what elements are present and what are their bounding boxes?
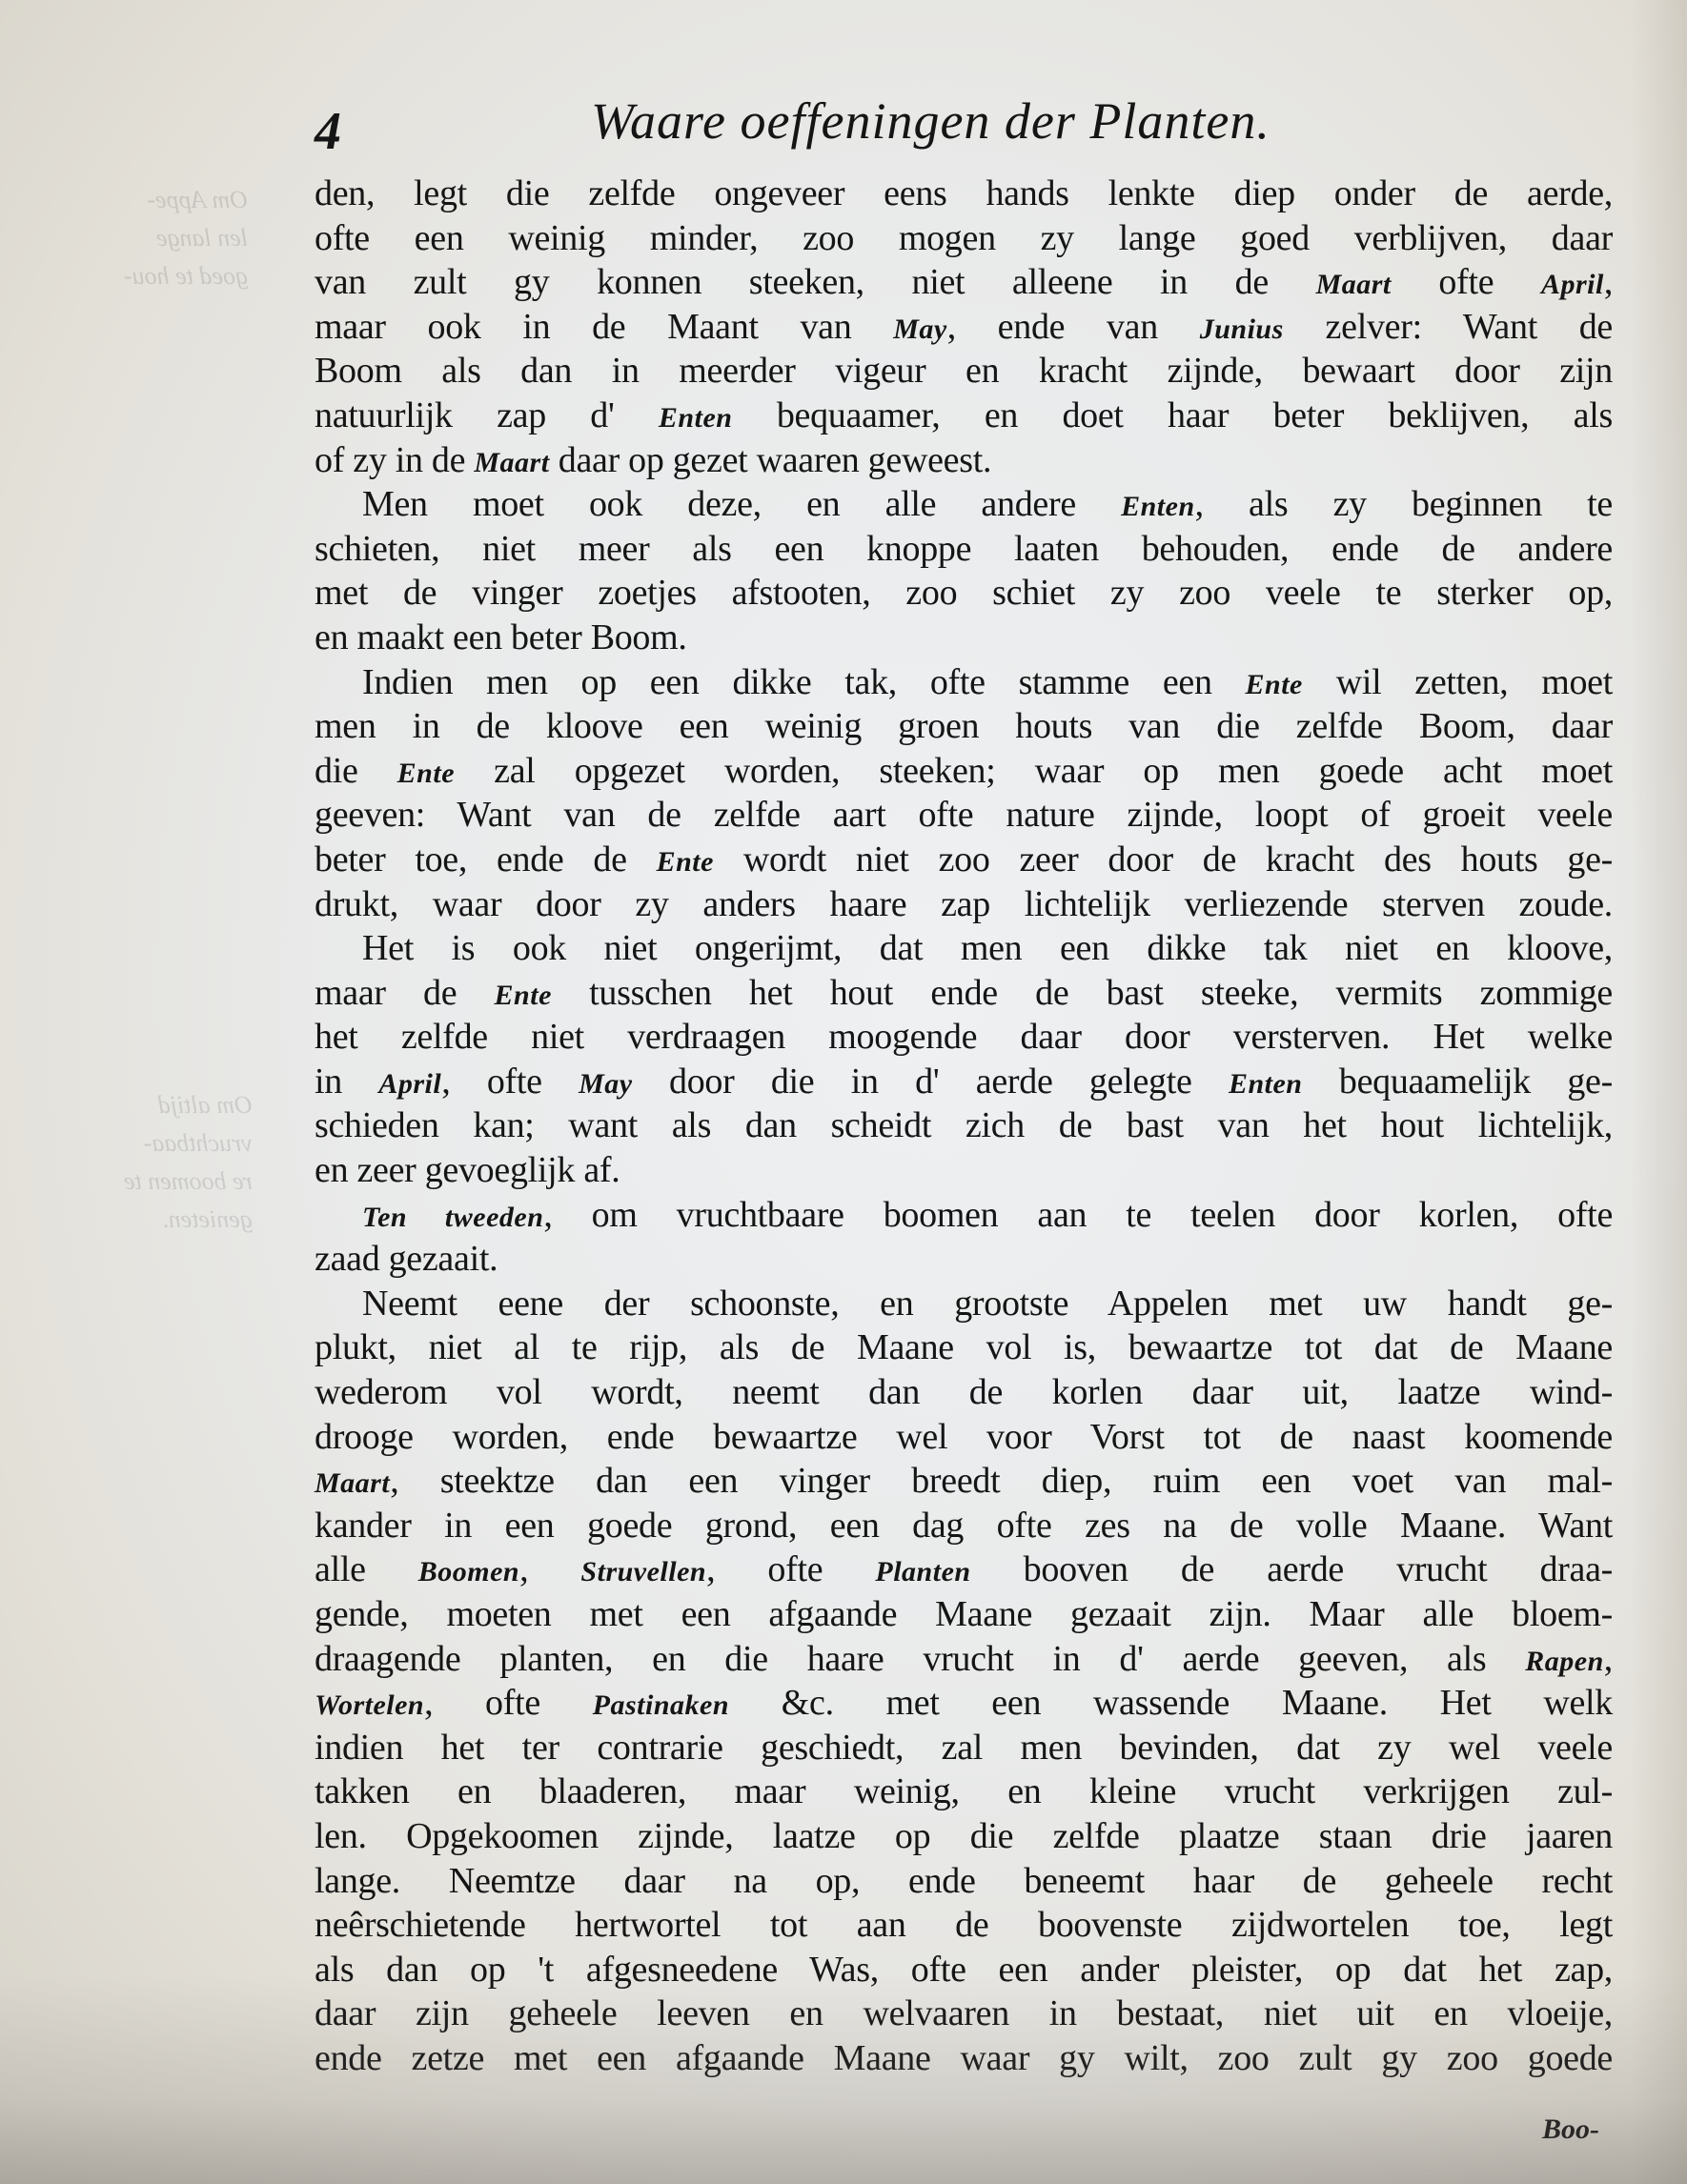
text-line: Maart, steektze dan een vinger breedt di… [315,1459,1613,1504]
italic-term: Maart [474,447,549,478]
text-line: gende, moeten met een afgaande Maane gez… [315,1592,1613,1637]
text-line: men in de kloove een weinig groen houts … [315,704,1613,749]
text-line: en zeer gevoeglijk af. [315,1148,1613,1193]
text-line: schieden kan; want als dan scheidt zich … [315,1103,1613,1148]
italic-term: Rapen [1525,1646,1604,1677]
italic-term: Enten [659,402,733,434]
italic-term: Ten tweeden [362,1202,543,1233]
text-line: schieten, niet meer als een knoppe laate… [315,527,1613,572]
italic-term: May [579,1068,633,1100]
italic-term: Maart [1316,269,1392,300]
italic-term: Enten [1121,491,1195,522]
text-line: takken en blaaderen, maar weinig, en kle… [315,1769,1613,1814]
text-line: indien het ter contrarie geschiedt, zal … [315,1726,1613,1770]
bleed-line: Om altijd [124,1086,253,1124]
text-line: alle Boomen, Struvellen, ofte Planten bo… [315,1547,1613,1592]
bleed-line: goed te hou- [124,257,248,295]
text-line: plukt, niet al te rijp, als de Maane vol… [315,1325,1613,1370]
italic-term: Ente [657,846,714,878]
margin-note-bleed-through-1: Om Appe- len lange goed te hou- [124,181,248,295]
text-line: in April, ofte May door die in d' aerde … [315,1060,1613,1104]
bleed-line: Om Appe- [124,181,248,219]
text-line: den, legt die zelfde ongeveer eens hands… [315,172,1613,216]
text-line: Het is ook niet ongerijmt, dat men een d… [315,926,1613,971]
text-line: of zy in de Maart daar op gezet waaren g… [315,438,1613,483]
text-line: len. Opgekoomen zijnde, laatze op die ze… [315,1814,1613,1859]
italic-term: Junius [1200,313,1284,345]
text-line: het zelfde niet verdraagen moogende daar… [315,1015,1613,1060]
text-line: neêrschietende hertwortel tot aan de boo… [315,1903,1613,1948]
text-line: maar ook in de Maant van May, ende van J… [315,305,1613,350]
margin-note-bleed-through-2: Om altijd vruchtbaa- re boomen te geniet… [124,1086,253,1239]
text-line: die Ente zal opgezet worden, steeken; wa… [315,749,1613,794]
text-line: van zult gy konnen steeken, niet alleene… [315,260,1613,305]
italic-term: Maart [315,1467,390,1499]
running-head: Waare oeffeningen der Planten. [591,95,1325,147]
text-line: Wortelen, ofte Pastinaken &c. met een wa… [315,1681,1613,1726]
text-line: Indien men op een dikke tak, ofte stamme… [315,660,1613,705]
text-line: zaad gezaait. [315,1237,1613,1282]
italic-term: Pastinaken [593,1689,729,1721]
text-line: beter toe, ende de Ente wordt niet zoo z… [315,838,1613,882]
catchword: Boo- [1542,2113,1599,2146]
italic-term: Ente [1246,669,1303,700]
text-line: natuurlijk zap d' Enten bequaamer, en do… [315,394,1613,438]
text-line: geeven: Want van de zelfde aart ofte nat… [315,793,1613,838]
body-text: den, legt die zelfde ongeveer eens hands… [315,172,1613,2081]
text-line: Neemt eene der schoonste, en grootste Ap… [315,1282,1613,1326]
text-line: met de vinger zoetjes afstooten, zoo sch… [315,571,1613,616]
bleed-line: vruchtbaa- [124,1124,253,1163]
text-line: wederom vol wordt, neemt dan de korlen d… [315,1370,1613,1415]
italic-term: Planten [875,1556,970,1587]
italic-term: Ente [495,980,552,1011]
page-edge-shadow [1630,0,1687,2184]
text-line: maar de Ente tusschen het hout ende de b… [315,971,1613,1016]
text-line: ende zetze met een afgaande Maane waar g… [315,2036,1613,2081]
text-line: kander in een goede grond, een dag ofte … [315,1504,1613,1548]
text-line: draagende planten, en die haare vrucht i… [315,1637,1613,1682]
text-line: Boom als dan in meerder vigeur en kracht… [315,349,1613,394]
text-line: als dan op 't afgesneedene Was, ofte een… [315,1948,1613,1992]
text-line: Men moet ook deze, en alle andere Enten,… [315,482,1613,527]
text-line: lange. Neemtze daar na op, ende beneemt … [315,1859,1613,1904]
text-line: daar zijn geheele leeven en welvaaren in… [315,1992,1613,2036]
italic-term: Struvellen [580,1556,706,1587]
text-line: Ten tweeden, om vruchtbaare boomen aan t… [315,1193,1613,1238]
text-line: drukt, waar door zy anders haare zap lic… [315,882,1613,927]
bleed-line: len lange [124,219,248,257]
bleed-line: re boomen te [124,1163,253,1201]
italic-term: Enten [1229,1068,1303,1100]
italic-term: May [893,313,947,345]
page-number: 4 [315,105,341,158]
italic-term: April [1541,269,1604,300]
italic-term: Wortelen [315,1689,424,1721]
italic-term: April [378,1068,441,1100]
text-line: drooge worden, ende bewaartze wel voor V… [315,1415,1613,1460]
italic-term: Boomen [418,1556,519,1587]
italic-term: Ente [397,758,455,789]
text-line: ofte een weinig minder, zoo mogen zy lan… [315,216,1613,261]
text-line: en maakt een beter Boom. [315,616,1613,660]
bleed-line: genieten. [124,1201,253,1239]
